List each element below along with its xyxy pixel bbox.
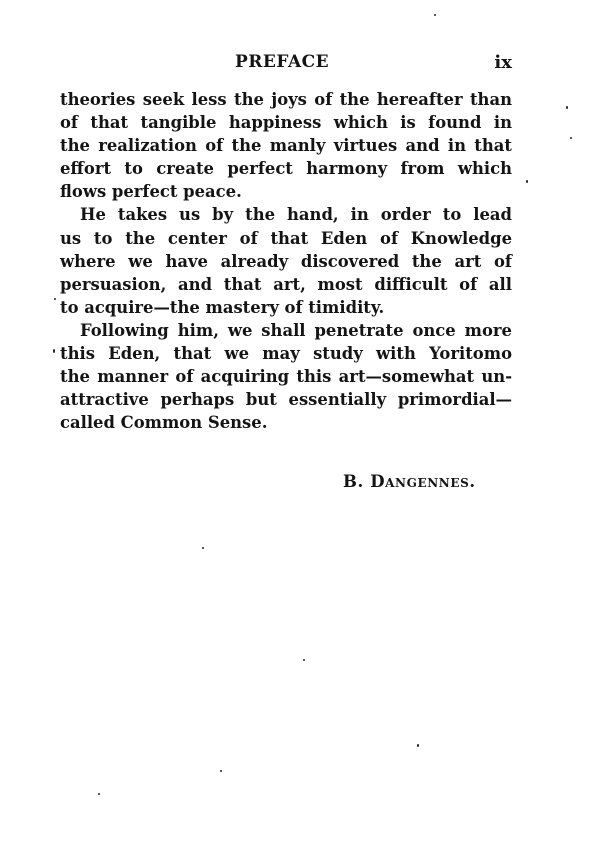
text-line: where we have already discovered the art… bbox=[60, 250, 512, 273]
preface-body: theories seek less the joys of the herea… bbox=[60, 88, 512, 434]
scan-speck bbox=[566, 106, 568, 109]
running-head: PREFACE ix bbox=[60, 52, 512, 76]
scan-speck bbox=[417, 744, 419, 747]
scan-speck bbox=[202, 547, 204, 549]
text-line: flows perfect peace. bbox=[60, 180, 512, 203]
text-line: effort to create perfect harmony from wh… bbox=[60, 157, 512, 180]
text-line: this Eden, that we may study with Yorito… bbox=[60, 342, 512, 365]
paragraph-1: theories seek less the joys of the herea… bbox=[60, 88, 512, 203]
text-line: the manner of acquiring this art—somewha… bbox=[60, 365, 512, 388]
text-line: called Common Sense. bbox=[60, 411, 512, 434]
scan-speck bbox=[53, 349, 55, 353]
scan-speck bbox=[54, 298, 56, 300]
book-page: PREFACE ix theories seek less the joys o… bbox=[0, 0, 600, 850]
scan-speck bbox=[303, 659, 305, 661]
text-line: of that tangible happiness which is foun… bbox=[60, 111, 512, 134]
text-line: persuasion, and that art, most difficult… bbox=[60, 273, 512, 296]
paragraph-3: Following him, we shall penetrate once m… bbox=[60, 319, 512, 434]
scan-speck bbox=[570, 137, 572, 139]
scan-speck bbox=[98, 793, 100, 795]
paragraph-2: He takes us by the hand, in order to lea… bbox=[60, 203, 512, 318]
text-line: attractive perhaps but essentially primo… bbox=[60, 388, 512, 411]
scan-speck bbox=[434, 14, 436, 16]
running-title: PREFACE bbox=[235, 52, 329, 72]
scan-speck bbox=[220, 770, 222, 772]
text-line: Following him, we shall penetrate once m… bbox=[60, 319, 512, 342]
page-number: ix bbox=[494, 52, 512, 73]
scan-speck bbox=[526, 180, 528, 183]
text-line: the realization of the manly virtues and… bbox=[60, 134, 512, 157]
text-line: theories seek less the joys of the herea… bbox=[60, 88, 512, 111]
author-signature: B. Dangennes. bbox=[343, 472, 476, 491]
text-line: us to the center of that Eden of Knowled… bbox=[60, 227, 512, 250]
text-line: to acquire—the mastery of timidity. bbox=[60, 296, 512, 319]
text-line: He takes us by the hand, in order to lea… bbox=[60, 203, 512, 226]
